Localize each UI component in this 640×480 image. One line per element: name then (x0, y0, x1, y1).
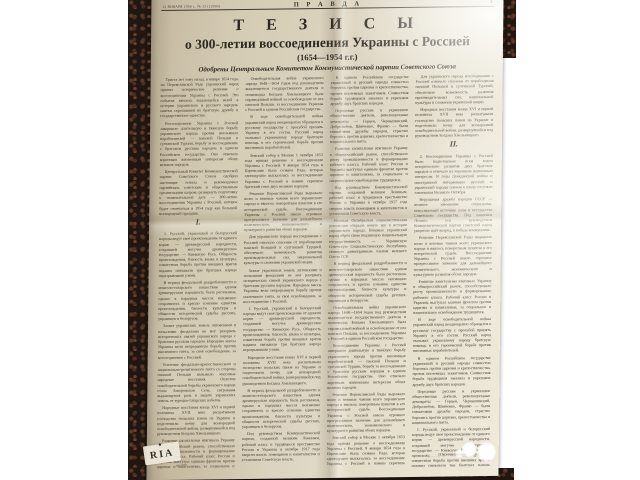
star-icon: ★ (158, 443, 163, 449)
light-spot (455, 449, 464, 458)
body-paragraph: Центральный Комитет Коммунистической пар… (159, 168, 237, 216)
body-paragraph: Для украинского народа воссоединение с Р… (415, 73, 493, 105)
page-number: 3 (490, 0, 493, 5)
body-paragraph: В едином Российском государстве украинск… (330, 74, 408, 106)
headline-approval-line: Одобрены Центральным Комитетом Коммунист… (161, 63, 494, 74)
body-paragraph: Земский собор в Москве 1 октября 1653 го… (244, 152, 322, 189)
watermark-text: RIA (144, 447, 181, 463)
body-paragraph: Воссоединение Украины с Россией завершил… (327, 342, 405, 390)
body-paragraph: В ходе освободительной войны украинский … (245, 113, 323, 150)
body-paragraph: Решение Переяславской Рады выражало волю… (244, 190, 322, 232)
body-paragraph: Решение Переяславской Рады выражало волю… (327, 391, 405, 433)
newspaper-content: 12 ЯНВАРЯ 1954 г., № 12 (12950) П Р А В … (147, 0, 504, 470)
body-paragraph: Развитие капитализма втягивало Украину в… (330, 145, 408, 182)
masthead-title: П Р А В Д А (294, 1, 362, 9)
body-paragraph: В едином Российском государстве украинск… (412, 355, 490, 387)
photo-of-newspaper: 12 ЯНВАРЯ 1954 г., № 12 (12950) П Р А В … (0, 0, 640, 480)
body-paragraph: Земский собор в Москве 1 октября 1653 го… (327, 434, 405, 468)
masthead-dateline: 12 ЯНВАРЯ 1954 г., № 12 (12950) (162, 4, 220, 9)
section-numeral-two: II. (415, 139, 493, 150)
body-paragraph: Народные восстания конца XVI и первой по… (415, 106, 493, 138)
body-paragraph: Захват украинских земель литовскими и по… (158, 323, 236, 360)
light-spot (477, 442, 496, 462)
body-paragraph: Освободительная война украинского народа… (245, 75, 323, 112)
newspaper-page: 12 ЯНВАРЯ 1954 г., № 12 (12950) П Р А В … (146, 0, 503, 480)
body-paragraph: Народные восстания конца XVI и первой по… (157, 404, 235, 436)
body-paragraph: Решение Переяславской Рады выражало волю… (414, 234, 492, 276)
headline-block: Т Е З И С Ы о 300-летии воссоединения Ук… (161, 14, 495, 74)
light-spot (462, 442, 477, 457)
body-paragraph: Воссоединение Украины с Россией завершил… (160, 120, 238, 168)
body-paragraph: Усиление феодально-крепостнического и на… (157, 361, 235, 403)
body-paragraph: Нерушимая дружба народов СССР — великое … (414, 196, 492, 233)
body-paragraph: Под руководством Коммунистической партии… (329, 184, 407, 216)
text-column-4: Для украинского народа воссоединение с Р… (412, 73, 494, 467)
body-paragraph: Триста лет тому назад, в январе 1654 год… (160, 76, 238, 118)
body-paragraph: Передовые русские и украинские обществен… (330, 107, 408, 144)
masthead: 12 ЯНВАРЯ 1954 г., № 12 (12950) П Р А В … (161, 0, 494, 11)
body-paragraph: 2. Воссоединение Украины с Россией было … (414, 153, 492, 195)
text-column-2: Освободительная война украинского народа… (242, 75, 324, 469)
text-column-1: Триста лет тому назад, в январе 1654 год… (157, 76, 239, 470)
body-paragraph: 1. Русский, украинский и белорусский нар… (159, 230, 237, 278)
body-paragraph: В период феодальной раздробленности и мо… (158, 279, 236, 321)
section-numeral-one: I. (159, 217, 237, 228)
body-paragraph: Народные восстания конца XVI и первой по… (242, 354, 320, 386)
body-paragraph: Для украинского народа воссоединение с Р… (244, 233, 322, 265)
body-paragraph: Великая Октябрьская социалистическая рев… (329, 217, 407, 259)
text-column-3: В едином Российском государстве украинск… (327, 74, 409, 468)
body-paragraph: В период феодальной раздробленности и мо… (242, 387, 320, 429)
body-paragraph: Развитие капитализма втягивало Украину в… (413, 278, 491, 315)
body-paragraph: В ходе освободительной войны украинский … (413, 316, 491, 353)
body-paragraph: Передовые русские и украинские обществен… (412, 388, 490, 425)
body-paragraph: Освободительная война украинского народа… (328, 304, 406, 341)
body-paragraph: Захват украинских земель литовскими и по… (243, 267, 321, 304)
body-paragraph: 1. Русский, украинский и белорусский нар… (243, 305, 321, 353)
body-paragraph: Под руководством Коммунистической партии… (242, 430, 320, 462)
body-paragraph: В период феодальной раздробленности и мо… (328, 260, 406, 302)
body-columns: Триста лет тому назад, в январе 1654 год… (157, 73, 494, 470)
